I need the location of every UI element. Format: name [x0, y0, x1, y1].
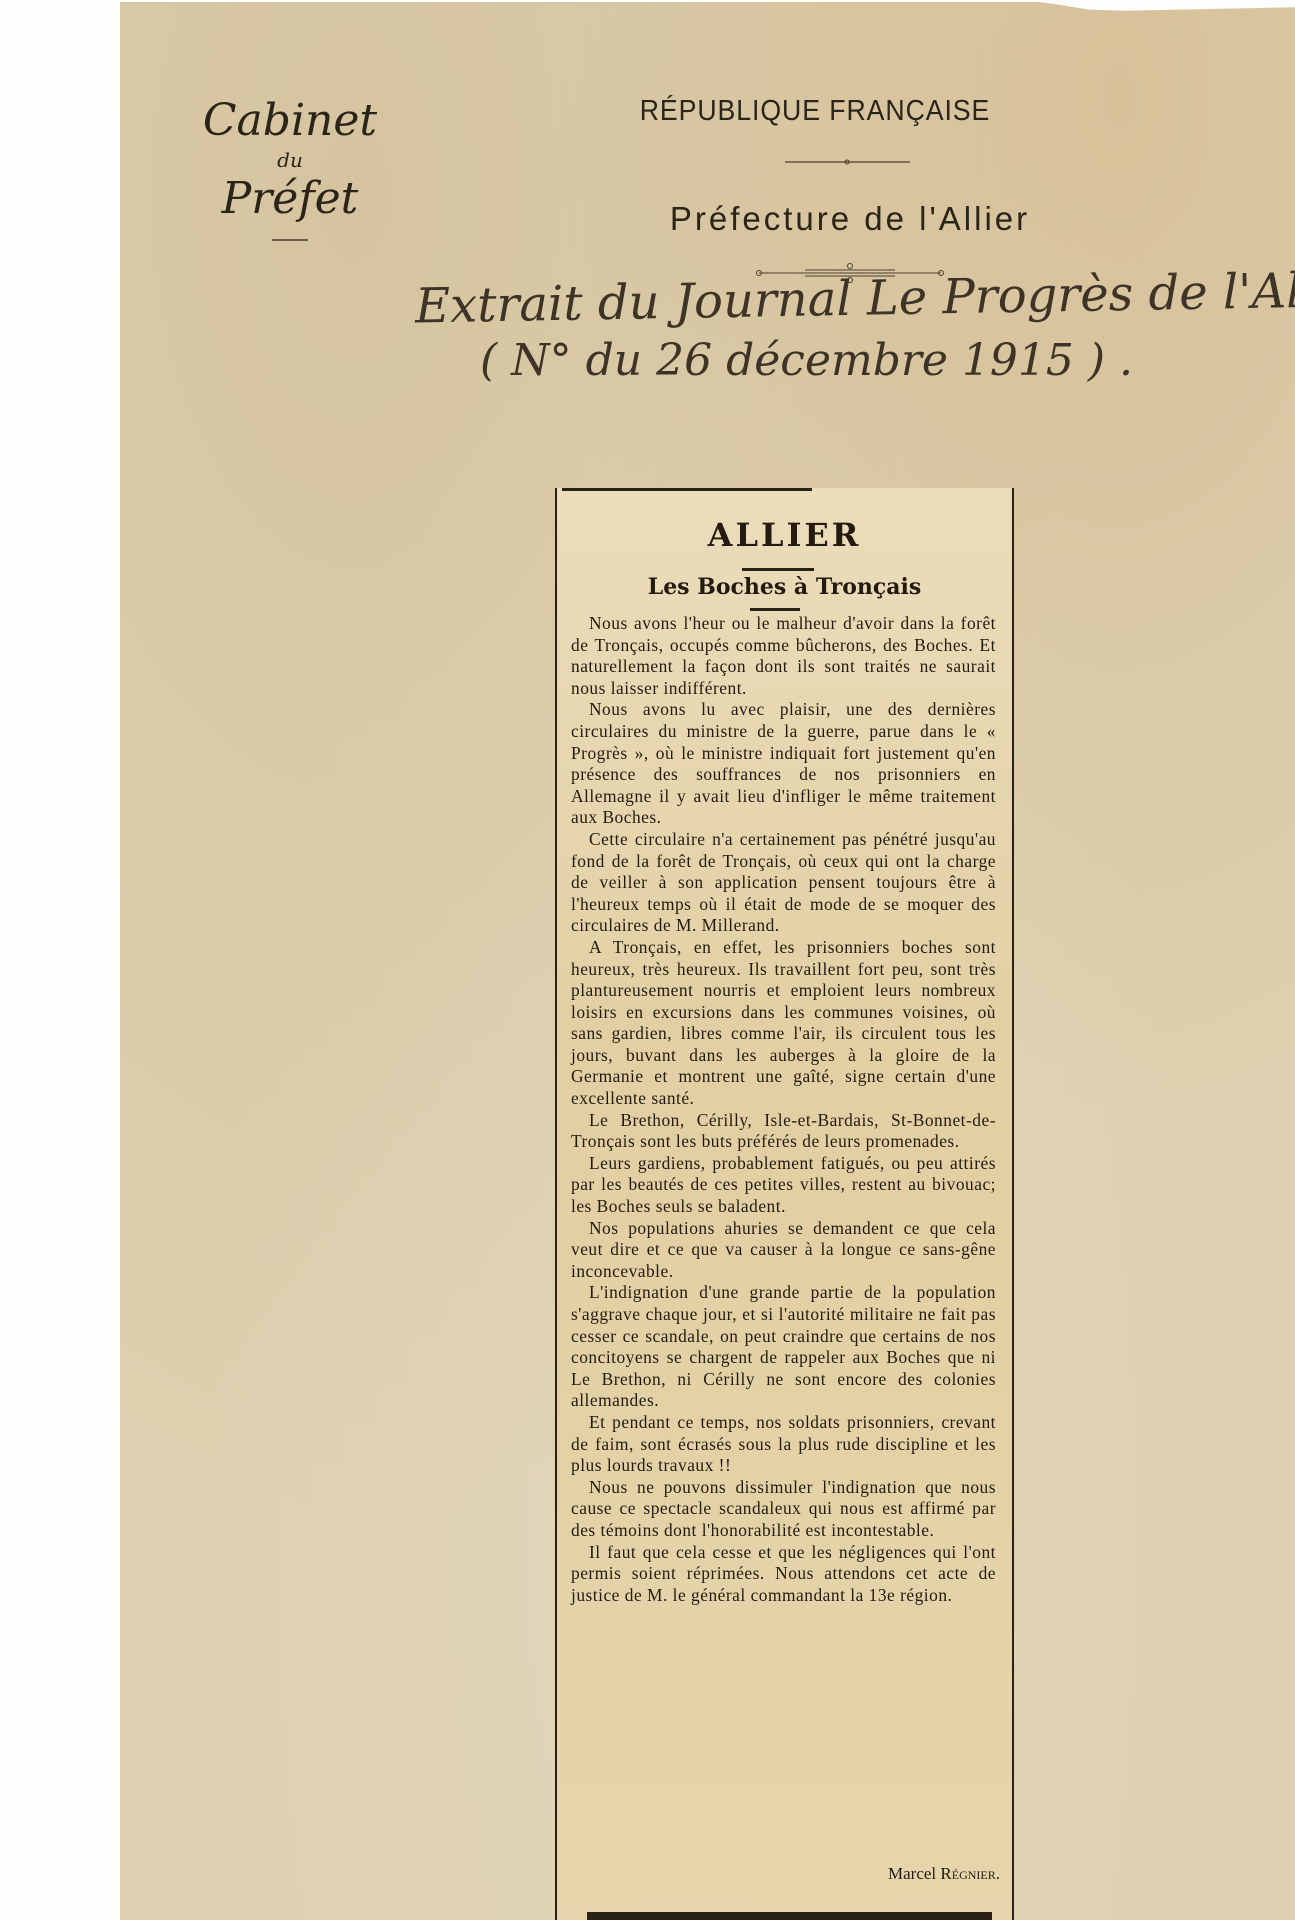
paragraph: Leurs gardiens, probablement fatigués, o…: [571, 1153, 996, 1218]
clipping-rule: [750, 608, 800, 611]
paragraph: L'indignation d'une grande partie de la …: [571, 1282, 996, 1412]
paragraph: Cette circulaire n'a certainement pas pé…: [571, 829, 996, 937]
paragraph: Le Brethon, Cérilly, Isle-et-Bardais, St…: [571, 1110, 996, 1153]
clipping-rule: [742, 568, 814, 571]
office-heading: Cabinet du Préfet: [195, 95, 385, 241]
handwritten-date-note: ( N° du 26 décembre 1915 ) .: [480, 335, 1133, 386]
author-last-name: Régnier.: [940, 1864, 1000, 1883]
office-line-2: du: [195, 147, 385, 173]
prefecture-heading: Préfecture de l'Allier: [570, 200, 1130, 238]
clipping-bottom-rule: [587, 1912, 992, 1920]
office-rule: [272, 239, 308, 241]
paragraph: A Tronçais, en effet, les prisonniers bo…: [571, 937, 996, 1110]
office-line-3: Préfet: [195, 173, 385, 225]
author-first-name: Marcel: [888, 1864, 936, 1883]
paragraph: Nous avons l'heur ou le malheur d'avoir …: [571, 613, 996, 699]
republic-heading: RÉPUBLIQUE FRANÇAISE: [580, 95, 1049, 128]
author-signature: Marcel Régnier.: [888, 1864, 1000, 1884]
ornament-divider-icon: [785, 158, 910, 166]
paragraph: Nous avons lu avec plaisir, une des dern…: [571, 699, 996, 829]
paragraph: Nos populations ahuries se demandent ce …: [571, 1218, 996, 1283]
clipping-section-title: ALLIER: [557, 516, 1012, 554]
newspaper-clipping: ALLIER Les Boches à Tronçais Nous avons …: [555, 488, 1014, 1920]
clipping-headline: Les Boches à Tronçais: [557, 574, 1012, 600]
clipping-top-rule: [562, 488, 812, 491]
clipping-body: Nous avons l'heur ou le malheur d'avoir …: [571, 613, 996, 1606]
paragraph: Nous ne pouvons dissimuler l'indignation…: [571, 1477, 996, 1542]
paragraph: Et pendant ce temps, nos soldats prisonn…: [571, 1412, 996, 1477]
paragraph: Il faut que cela cesse et que les néglig…: [571, 1542, 996, 1607]
office-line-1: Cabinet: [195, 95, 385, 147]
